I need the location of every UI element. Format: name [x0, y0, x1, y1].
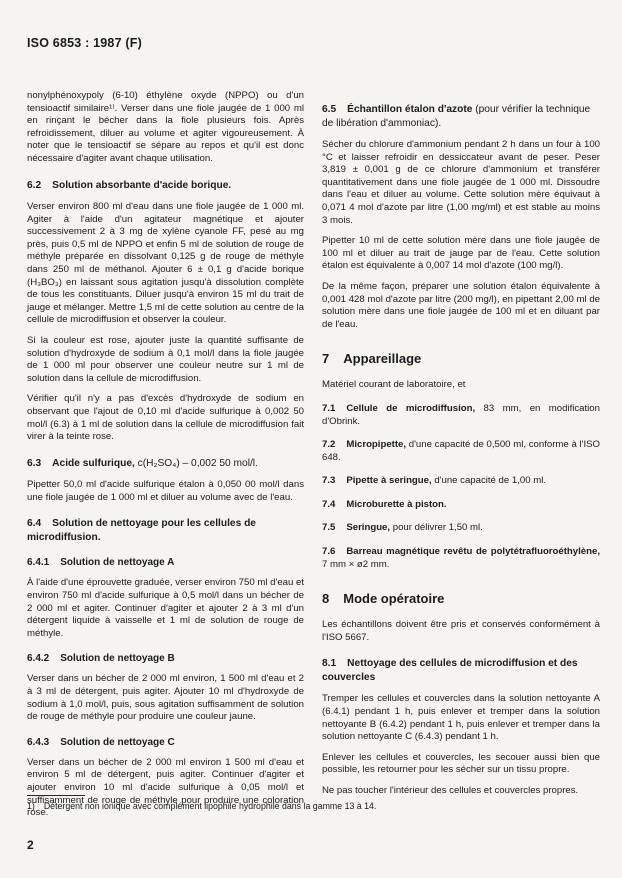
section-heading: 8.1Nettoyage des cellules de microdiffus… — [322, 657, 600, 684]
paragraph: Pipetter 10 ml de cette solution mère da… — [322, 235, 600, 273]
heading-label: Cellule de microdiffusion, — [346, 403, 475, 414]
section-heading: 8Mode opératoire — [322, 591, 600, 606]
section-number: 6.4 — [27, 518, 41, 529]
heading-label: Solution absorbante d'acide borique. — [52, 180, 231, 191]
left-column: nonylphénoxypoly (6-10) éthylène oxyde (… — [27, 90, 304, 828]
heading-detail: d'une capacité de 1,00 ml. — [432, 475, 546, 486]
footnote-text-line: 1)Détergent non ionique avec complément … — [27, 801, 587, 812]
heading-label: Microburette à piston. — [346, 499, 446, 510]
numbered-item: 7.1Cellule de microdiffusion, 83 mm, en … — [322, 403, 600, 428]
paragraph: Verser environ 800 ml d'eau dans une fio… — [27, 201, 304, 327]
heading-label: Solution de nettoyage C — [60, 737, 174, 748]
section-number: 6.4.3 — [27, 737, 49, 748]
section-number: 7.6 — [322, 546, 335, 557]
section-number: 6.4.1 — [27, 557, 49, 568]
page-header-title: ISO 6853 : 1987 (F) — [27, 36, 142, 50]
right-column: 6.5Échantillon étalon d'azote (pour véri… — [322, 90, 600, 806]
footnote-text: Détergent non ionique avec complément li… — [44, 801, 377, 811]
section-number: 7.5 — [322, 522, 335, 533]
section-number: 7.4 — [322, 499, 335, 510]
heading-label: Solution de nettoyage B — [60, 653, 174, 664]
heading-label: Micropipette, — [346, 439, 406, 450]
section-number: 8 — [322, 591, 329, 606]
paragraph: De la même façon, préparer une solution … — [322, 281, 600, 331]
numbered-item: 7.6Barreau magnétique revêtu de polytétr… — [322, 546, 600, 571]
heading-label: Seringue, — [346, 522, 390, 533]
section-number: 6.2 — [27, 180, 41, 191]
section-heading: 6.4.2Solution de nettoyage B — [27, 652, 304, 665]
paragraph: Matériel courant de laboratoire, et — [322, 379, 600, 392]
section-number: 6.4.2 — [27, 653, 49, 664]
document-page: ISO 6853 : 1987 (F) nonylphénoxypoly (6-… — [0, 0, 622, 878]
numbered-item: 7.4Microburette à piston. — [322, 499, 600, 512]
section-number: 7.2 — [322, 439, 335, 450]
section-heading: 6.3Acide sulfurique, c(H₂SO₄) – 0,002 50… — [27, 457, 304, 471]
section-heading: 6.5Échantillon étalon d'azote (pour véri… — [322, 103, 600, 130]
heading-detail: c(H₂SO₄) – 0,002 50 mol/l. — [135, 458, 258, 469]
paragraph: nonylphénoxypoly (6-10) éthylène oxyde (… — [27, 90, 304, 166]
heading-label: Mode opératoire — [343, 591, 444, 606]
section-number: 7 — [322, 351, 329, 366]
section-heading: 6.4.3Solution de nettoyage C — [27, 736, 304, 749]
section-heading: 6.2Solution absorbante d'acide borique. — [27, 179, 304, 193]
heading-label: Acide sulfurique, — [52, 458, 135, 469]
section-number: 6.5 — [322, 104, 336, 115]
section-heading: 7Appareillage — [322, 351, 600, 366]
paragraph: Verser dans un bécher de 2 000 ml enviro… — [27, 673, 304, 723]
page-number: 2 — [27, 838, 34, 852]
paragraph: Sécher du chlorure d'ammonium pendant 2 … — [322, 139, 600, 227]
footnote-marker: 1) — [27, 801, 35, 811]
heading-label: Barreau magnétique revêtu de polytétrafl… — [346, 546, 600, 557]
section-number: 7.1 — [322, 403, 335, 414]
heading-label: Échantillon étalon d'azote — [347, 104, 472, 115]
numbered-item: 7.3Pipette à seringue, d'une capacité de… — [322, 475, 600, 488]
numbered-item: 7.2Micropipette, d'une capacité de 0,500… — [322, 439, 600, 464]
section-heading: 6.4.1Solution de nettoyage A — [27, 556, 304, 569]
paragraph: Les échantillons doivent être pris et co… — [322, 619, 600, 644]
heading-label: Solution de nettoyage A — [60, 557, 174, 568]
paragraph: Pipetter 50,0 ml d'acide sulfurique étal… — [27, 479, 304, 504]
numbered-item: 7.5Seringue, pour délivrer 1,50 ml. — [322, 522, 600, 535]
footnote: 1)Détergent non ionique avec complément … — [27, 795, 587, 812]
footnote-rule — [27, 795, 85, 796]
heading-label: Nettoyage des cellules de microdiffusion… — [322, 658, 578, 683]
section-number: 8.1 — [322, 658, 336, 669]
section-number: 6.3 — [27, 458, 41, 469]
section-number: 7.3 — [322, 475, 335, 486]
paragraph: Enlever les cellules et couvercles, les … — [322, 752, 600, 777]
heading-label: Solution de nettoyage pour les cellules … — [27, 518, 256, 543]
heading-detail: 7 mm × ø2 mm. — [322, 559, 389, 570]
heading-detail: pour délivrer 1,50 ml. — [390, 522, 483, 533]
section-heading: 6.4Solution de nettoyage pour les cellul… — [27, 517, 304, 544]
paragraph: À l'aide d'une éprouvette graduée, verse… — [27, 577, 304, 640]
paragraph: Tremper les cellules et couvercles dans … — [322, 693, 600, 743]
paragraph: Vérifier qu'il n'y a pas d'excès d'hydro… — [27, 393, 304, 443]
heading-label: Pipette à seringue, — [346, 475, 431, 486]
heading-label: Appareillage — [343, 351, 421, 366]
paragraph: Si la couleur est rose, ajouter juste la… — [27, 335, 304, 385]
